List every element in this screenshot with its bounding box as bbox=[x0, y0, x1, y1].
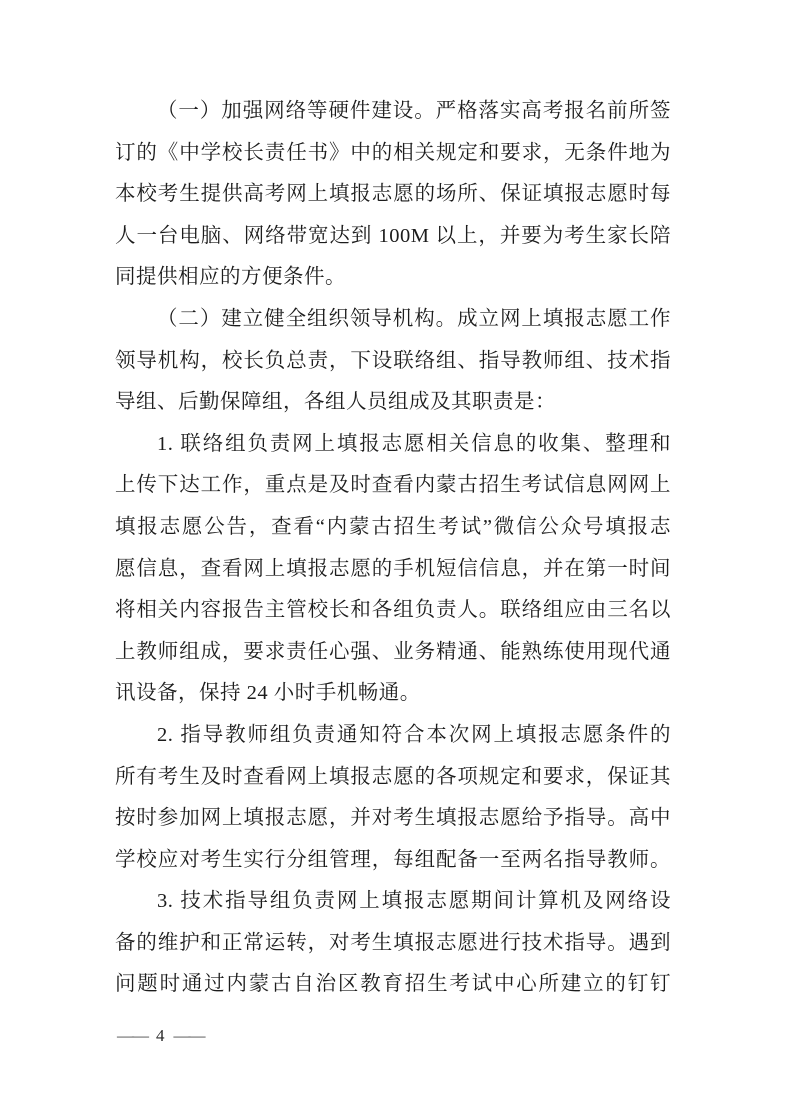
text-line: （二）建立健全组织领导机构。成立网上填报志愿工作 bbox=[115, 299, 671, 341]
text-line: 上传下达工作，重点是及时查看内蒙古招生考试信息网网上 bbox=[115, 465, 671, 507]
text-line: 按时参加网上填报志愿，并对考生填报志愿给予指导。高中 bbox=[115, 798, 671, 840]
footer-dash-right: —— bbox=[174, 1026, 204, 1046]
text-line: 学校应对考生实行分组管理，每组配备一至两名指导教师。 bbox=[115, 840, 671, 882]
paragraph-4: 2. 指导教师组负责通知符合本次网上填报志愿条件的 所有考生及时查看网上填报志愿… bbox=[115, 715, 671, 881]
paragraph-5: 3. 技术指导组负责网上填报志愿期间计算机及网络设 备的维护和正常运转，对考生填… bbox=[115, 881, 671, 1006]
paragraph-1: （一）加强网络等硬件建设。严格落实高考报名前所签 订的《中学校长责任书》中的相关… bbox=[115, 91, 671, 299]
text-line: 上教师组成，要求责任心强、业务精通、能熟练使用现代通 bbox=[115, 632, 671, 674]
text-line: 填报志愿公告，查看“内蒙古招生考试”微信公众号填报志 bbox=[115, 507, 671, 549]
page-footer: —— 4 —— bbox=[117, 1026, 204, 1046]
text-line: 本校考生提供高考网上填报志愿的场所、保证填报志愿时每 bbox=[115, 174, 671, 216]
text-line: 导组、后勤保障组，各组人员组成及其职责是： bbox=[115, 382, 671, 424]
text-line: 领导机构，校长负总责，下设联络组、指导教师组、技术指 bbox=[115, 341, 671, 383]
text-line: 讯设备，保持 24 小时手机畅通。 bbox=[115, 673, 671, 715]
body-text: （一）加强网络等硬件建设。严格落实高考报名前所签 订的《中学校长责任书》中的相关… bbox=[115, 91, 671, 1006]
text-line: 将相关内容报告主管校长和各组负责人。联络组应由三名以 bbox=[115, 590, 671, 632]
footer-dash-left: —— bbox=[117, 1026, 147, 1046]
text-line: 所有考生及时查看网上填报志愿的各项规定和要求，保证其 bbox=[115, 757, 671, 799]
text-line: 备的维护和正常运转，对考生填报志愿进行技术指导。遇到 bbox=[115, 923, 671, 965]
page-number: 4 bbox=[156, 1026, 165, 1046]
text-line: 人一台电脑、网络带宽达到 100M 以上，并要为考生家长陪 bbox=[115, 216, 671, 258]
text-line: 2. 指导教师组负责通知符合本次网上填报志愿条件的 bbox=[115, 715, 671, 757]
text-line: 订的《中学校长责任书》中的相关规定和要求，无条件地为 bbox=[115, 133, 671, 175]
document-page: （一）加强网络等硬件建设。严格落实高考报名前所签 订的《中学校长责任书》中的相关… bbox=[0, 0, 785, 1111]
text-line: 愿信息，查看网上填报志愿的手机短信信息，并在第一时间 bbox=[115, 549, 671, 591]
paragraph-2: （二）建立健全组织领导机构。成立网上填报志愿工作 领导机构，校长负总责，下设联络… bbox=[115, 299, 671, 424]
text-line: 同提供相应的方便条件。 bbox=[115, 257, 671, 299]
text-line: 3. 技术指导组负责网上填报志愿期间计算机及网络设 bbox=[115, 881, 671, 923]
text-line: 问题时通过内蒙古自治区教育招生考试中心所建立的钉钉 bbox=[115, 964, 671, 1006]
text-line: 1. 联络组负责网上填报志愿相关信息的收集、整理和 bbox=[115, 424, 671, 466]
text-line: （一）加强网络等硬件建设。严格落实高考报名前所签 bbox=[115, 91, 671, 133]
paragraph-3: 1. 联络组负责网上填报志愿相关信息的收集、整理和 上传下达工作，重点是及时查看… bbox=[115, 424, 671, 715]
